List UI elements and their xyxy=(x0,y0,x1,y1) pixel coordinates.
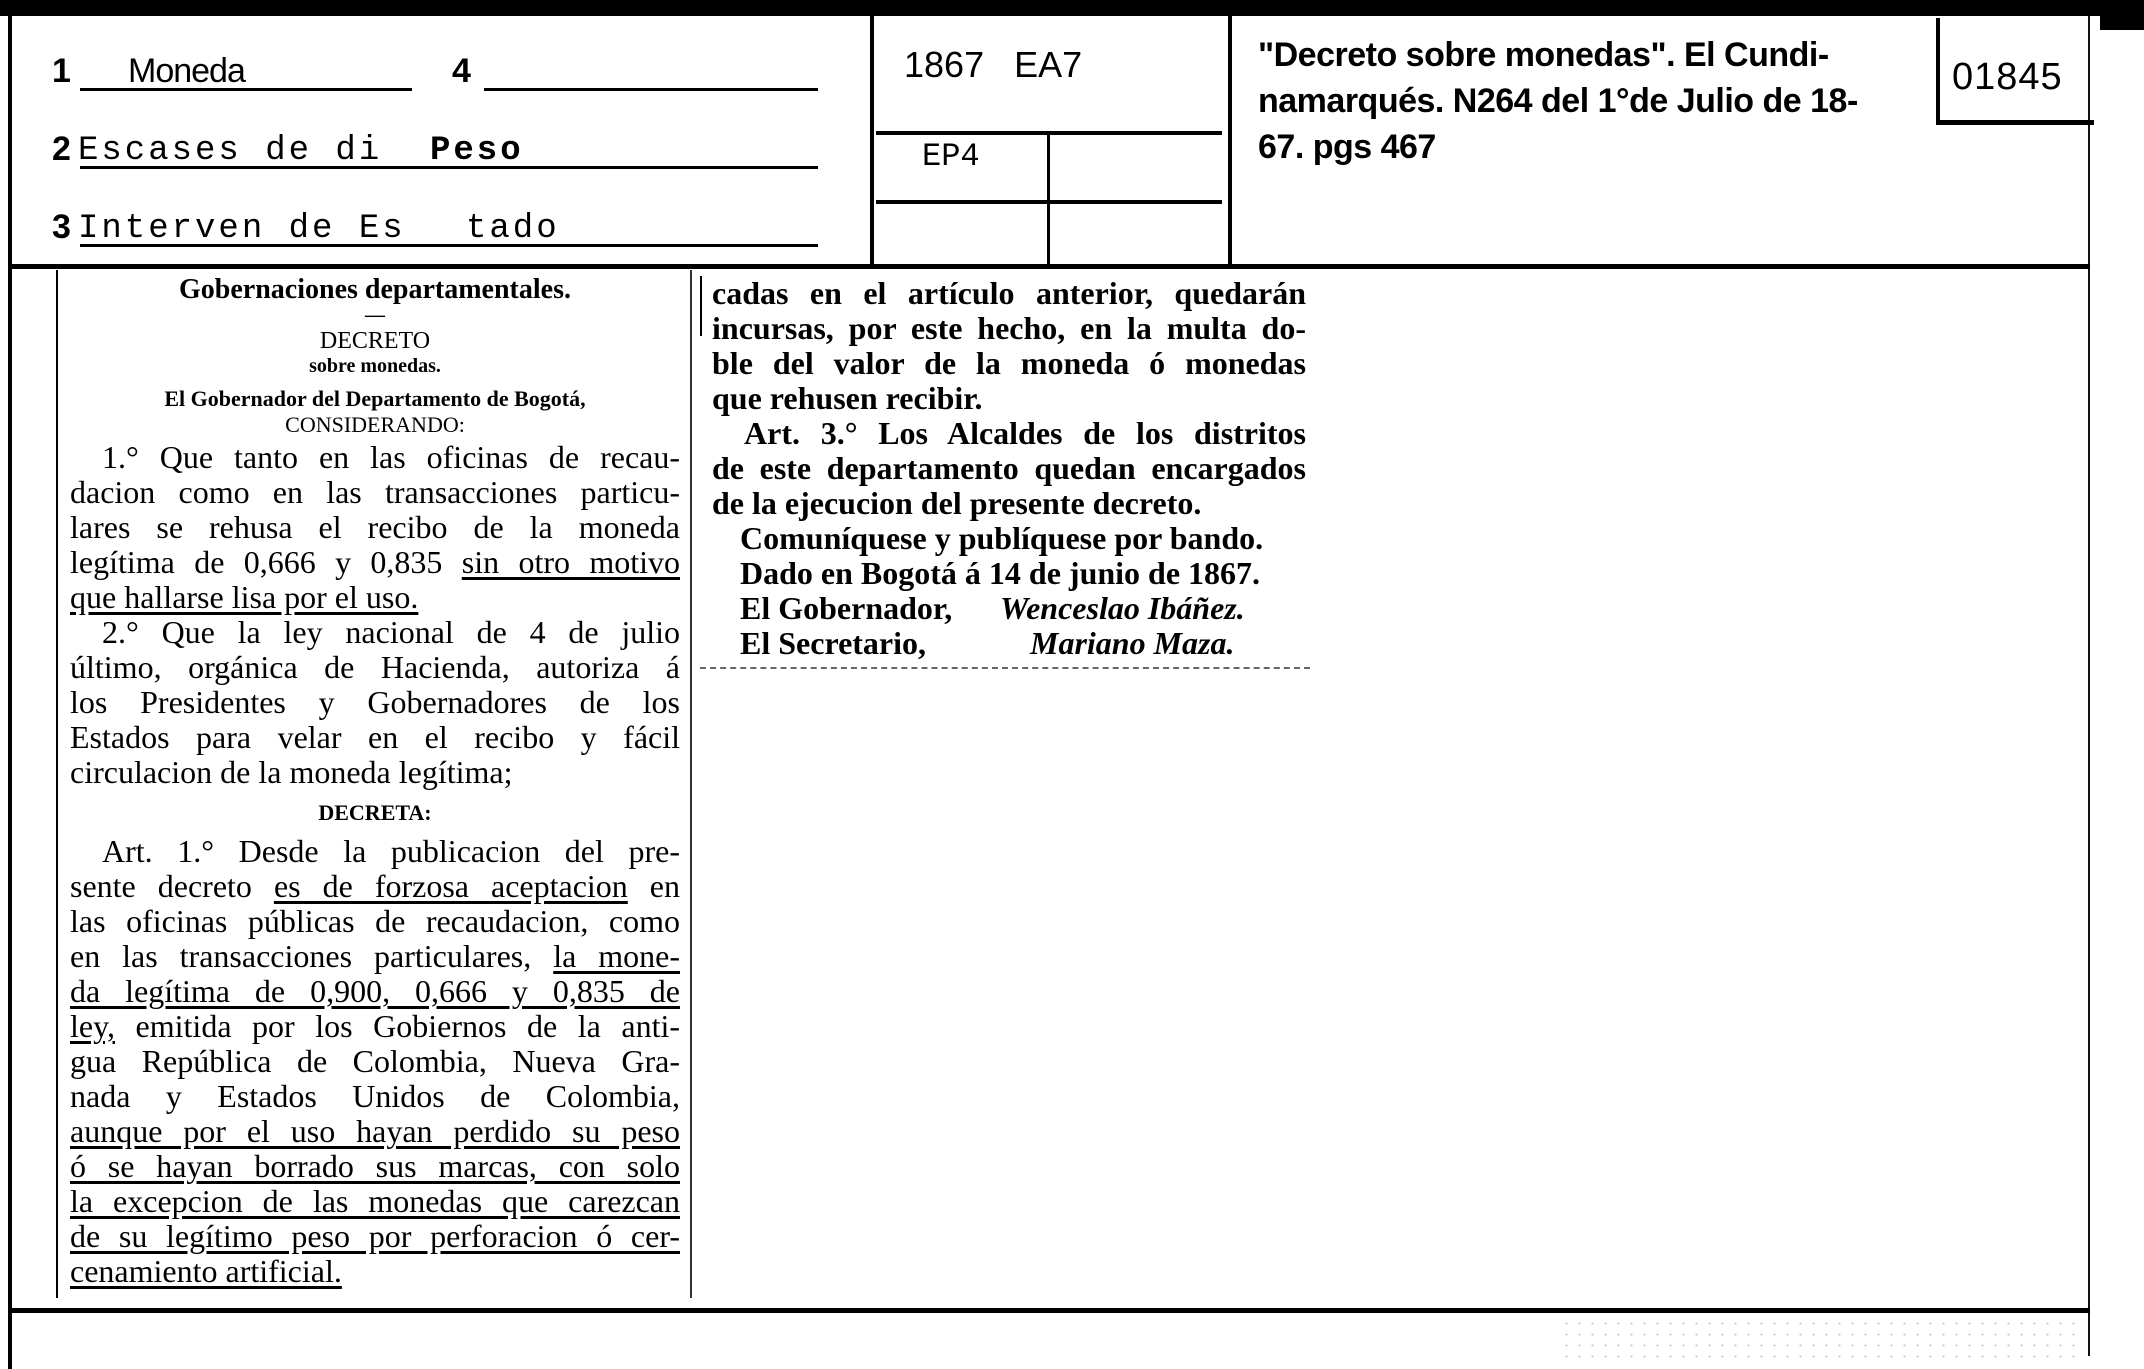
decree-subtitle: sobre monedas. xyxy=(70,355,680,378)
text-line: ley, emitida por los Gobiernos de la ant… xyxy=(70,1009,680,1044)
field-number-3: 3 xyxy=(52,208,71,247)
scan-top-edge xyxy=(0,0,2144,16)
header-hline-1 xyxy=(876,131,1222,135)
underlined-span: que hallarse lisa por el uso. xyxy=(70,579,418,615)
underlined-span: la excepcion de las monedas que carezcan xyxy=(70,1183,680,1219)
article-1: Art. 1.° Desde la publicacion del pre-se… xyxy=(70,834,680,1289)
header-bottom-line xyxy=(12,264,2090,269)
text-line: la excepcion de las monedas que carezcan xyxy=(70,1184,680,1219)
text-line: 1.° Que tanto en las oficinas de recau- xyxy=(70,440,680,475)
card-bottom-line xyxy=(10,1308,2090,1313)
text-span: nada y Estados Unidos de Colombia, xyxy=(70,1078,680,1114)
scan-corner xyxy=(2100,0,2144,30)
text-line: de la ejecucion del presente decreto. xyxy=(712,486,1306,521)
text-line: Art. 3.° Los Alcaldes de los distritos xyxy=(712,416,1306,451)
field-value-6: tado xyxy=(466,210,560,248)
text-line: de este departamento quedan encargados xyxy=(712,451,1306,486)
card-left-border xyxy=(8,14,12,1369)
signature-role: El Secretario, xyxy=(740,626,1030,661)
underlined-span: ó se hayan borrado sus marcas, con solo xyxy=(70,1148,680,1184)
underlined-span: cenamiento artificial. xyxy=(70,1253,342,1289)
text-line: ble del valor de la moneda ó monedas xyxy=(712,346,1306,381)
text-span: gua República de Colombia, Nueva Gra- xyxy=(70,1043,680,1079)
text-line: los Presidentes y Gobernadores de los xyxy=(70,685,680,720)
field-value-3: Interven de Es xyxy=(78,210,406,248)
header-vline-2 xyxy=(1228,16,1232,266)
newspaper-clipping-left: Gobernaciones departamentales. — DECRETO… xyxy=(56,270,692,1298)
signature-name: Wenceslao Ibáñez. xyxy=(1000,591,1245,626)
field-number-4: 4 xyxy=(452,52,471,91)
text-line: incursas, por este hecho, en la multa do… xyxy=(712,311,1306,346)
citation: "Decreto sobre monedas". El Cundi- namar… xyxy=(1258,32,1918,170)
text-line: ó se hayan borrado sus marcas, con solo xyxy=(70,1149,680,1184)
citation-line: 67. pgs 467 xyxy=(1258,124,1918,170)
underlined-span: sin otro motivo xyxy=(462,544,680,580)
header-vline-1 xyxy=(870,16,874,266)
underlined-span: aunque por el uso hayan perdido su peso xyxy=(70,1113,680,1149)
clip-bottom-edge xyxy=(700,667,1310,669)
text-line: gua República de Colombia, Nueva Gra- xyxy=(70,1044,680,1079)
text-line: aunque por el uso hayan perdido su peso xyxy=(70,1114,680,1149)
citation-line: namarqués. N264 del 1°de Julio de 18- xyxy=(1258,78,1918,124)
signature-governor: El Gobernador, Wenceslao Ibáñez. xyxy=(712,591,1306,626)
text-line: en las transacciones particulares, la mo… xyxy=(70,939,680,974)
paragraph-1: 1.° Que tanto en las oficinas de recau- … xyxy=(70,440,680,615)
underlined-span: da legítima de 0,900, 0,666 y 0,835 de xyxy=(70,973,680,1009)
reference-box: 01845 xyxy=(1936,18,2094,125)
year-code: 1867 EA7 xyxy=(904,44,1082,86)
text-line: que hallarse lisa por el uso. xyxy=(70,580,680,615)
field-value-1: Moneda xyxy=(128,52,245,91)
paragraph-2: 2.° Que la ley nacional de 4 de julio úl… xyxy=(70,615,680,790)
underlined-span: la mone- xyxy=(553,938,680,974)
header-hline-2 xyxy=(876,200,1222,204)
card-right-border xyxy=(2088,16,2090,1356)
text-line: lares se rehusa el recibo de la moneda xyxy=(70,510,680,545)
text-span: legítima de 0,666 y 0,835 xyxy=(70,544,462,580)
text-line: Estados para velar en el recibo y fácil xyxy=(70,720,680,755)
text-line: cenamiento artificial. xyxy=(70,1254,680,1289)
text-span: Art. 1.° Desde la publicacion del pre- xyxy=(102,833,680,869)
underlined-span: de su legítimo peso por perforacion ó ce… xyxy=(70,1218,680,1254)
sub-code: EP4 xyxy=(922,138,980,175)
text-line: sente decreto es de forzosa aceptacion e… xyxy=(70,869,680,904)
reference-number: 01845 xyxy=(1952,56,2063,99)
text-line: legítima de 0,666 y 0,835 sin otro motiv… xyxy=(70,545,680,580)
text-span: en las transacciones particulares, xyxy=(70,938,553,974)
issuer: El Gobernador del Departamento de Bogotá… xyxy=(70,386,680,412)
text-line: Art. 1.° Desde la publicacion del pre- xyxy=(70,834,680,869)
newspaper-clipping-right: cadas en el artículo anterior, quedarán … xyxy=(700,272,1310,672)
signature-secretary: El Secretario, Mariano Maza. xyxy=(712,626,1306,661)
clip-edge xyxy=(700,276,702,336)
text-line: 2.° Que la ley nacional de 4 de julio xyxy=(70,615,680,650)
text-span: emitida por los Gobiernos de la anti- xyxy=(115,1008,680,1044)
text-line: dacion como en las transacciones particu… xyxy=(70,475,680,510)
text-span: sente decreto xyxy=(70,868,274,904)
text-line: circulacion de la moneda legítima; xyxy=(70,755,680,790)
section-heading: Gobernaciones departamentales. xyxy=(70,274,680,306)
field-line-4 xyxy=(484,88,818,91)
underlined-span: es de forzosa aceptacion xyxy=(274,868,628,904)
text-line: da legítima de 0,900, 0,666 y 0,835 de xyxy=(70,974,680,1009)
separator: — xyxy=(70,306,680,324)
text-line: cadas en el artículo anterior, quedarán xyxy=(712,276,1306,311)
field-value-5: Peso xyxy=(430,132,524,170)
text-line: Comuníquese y publíquese por bando. xyxy=(712,521,1306,556)
text-line: Dado en Bogotá á 14 de junio de 1867. xyxy=(712,556,1306,591)
field-number-1: 1 xyxy=(52,52,71,91)
field-value-2: Escases de di xyxy=(78,132,382,170)
signature-role: El Gobernador, xyxy=(740,591,1000,626)
underlined-span: ley, xyxy=(70,1008,115,1044)
text-line: último, orgánica de Hacienda, autoriza á xyxy=(70,650,680,685)
text-span: las oficinas públicas de recaudacion, co… xyxy=(70,903,680,939)
field-number-2: 2 xyxy=(52,130,71,169)
signature-name: Mariano Maza. xyxy=(1030,626,1235,661)
decree-title: DECRETO xyxy=(70,328,680,355)
scan-noise xyxy=(1560,1318,2080,1366)
decreta-heading: DECRETA: xyxy=(70,800,680,826)
text-line: de su legítimo peso por perforacion ó ce… xyxy=(70,1219,680,1254)
text-span: en xyxy=(628,868,680,904)
text-line: que rehusen recibir. xyxy=(712,381,1306,416)
text-line: las oficinas públicas de recaudacion, co… xyxy=(70,904,680,939)
text-line: nada y Estados Unidos de Colombia, xyxy=(70,1079,680,1114)
citation-line: "Decreto sobre monedas". El Cundi- xyxy=(1258,32,1918,78)
considerando: CONSIDERANDO: xyxy=(70,412,680,438)
